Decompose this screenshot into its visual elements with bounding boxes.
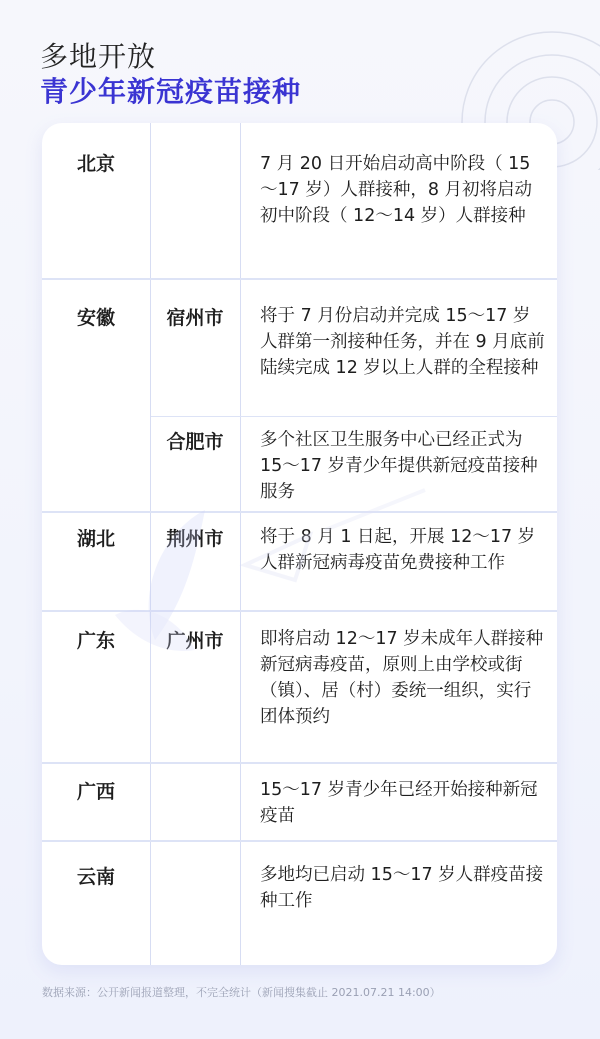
page-title-line1: 多地开放 [40,35,156,75]
vaccination-table: 北京 7 月 20 日开始启动高中阶段（ 15～17 岁）人群接种，8 月初将启… [42,123,557,965]
city-cell: 宿州市 [150,305,240,331]
row-divider [42,278,557,280]
row-divider [42,762,557,764]
page-title-line2: 青少年新冠疫苗接种 [40,70,301,110]
description-cell: 即将启动 12～17 岁未成年人群接种新冠病毒疫苗，原则上由学校或街（镇）、居（… [260,626,545,730]
description-cell: 15～17 岁青少年已经开始接种新冠疫苗 [260,777,545,829]
description-cell: 多地均已启动 15～17 岁人群疫苗接种工作 [260,862,545,914]
city-cell: 合肥市 [150,429,240,455]
province-cell: 湖北 [42,526,150,552]
city-cell: 广州市 [150,628,240,654]
description-cell: 将于 8 月 1 日起，开展 12～17 岁人群新冠病毒疫苗免费接种工作 [260,524,545,576]
description-cell: 将于 7 月份启动并完成 15～17 岁人群第一剂接种任务，并在 9 月底前陆续… [260,303,545,381]
row-divider [42,610,557,612]
province-cell: 广东 [42,628,150,654]
row-divider [42,840,557,842]
province-cell: 安徽 [42,305,150,331]
infographic-page: 多地开放 青少年新冠疫苗接种 北京 7 月 20 日开始启动高中阶段（ 15～1… [0,0,600,1039]
description-cell: 7 月 20 日开始启动高中阶段（ 15～17 岁）人群接种，8 月初将启动初中… [260,151,545,229]
data-source-note: 数据来源：公开新闻报道整理，不完全统计（新闻搜集截止 2021.07.21 14… [42,984,441,1000]
province-cell: 广西 [42,779,150,805]
row-divider [151,416,557,417]
province-cell: 云南 [42,864,150,890]
city-cell: 荆州市 [150,526,240,552]
description-cell: 多个社区卫生服务中心已经正式为 15～17 岁青少年提供新冠疫苗接种服务 [260,427,545,505]
row-divider [42,511,557,513]
column-divider [240,123,241,965]
province-cell: 北京 [42,151,150,177]
